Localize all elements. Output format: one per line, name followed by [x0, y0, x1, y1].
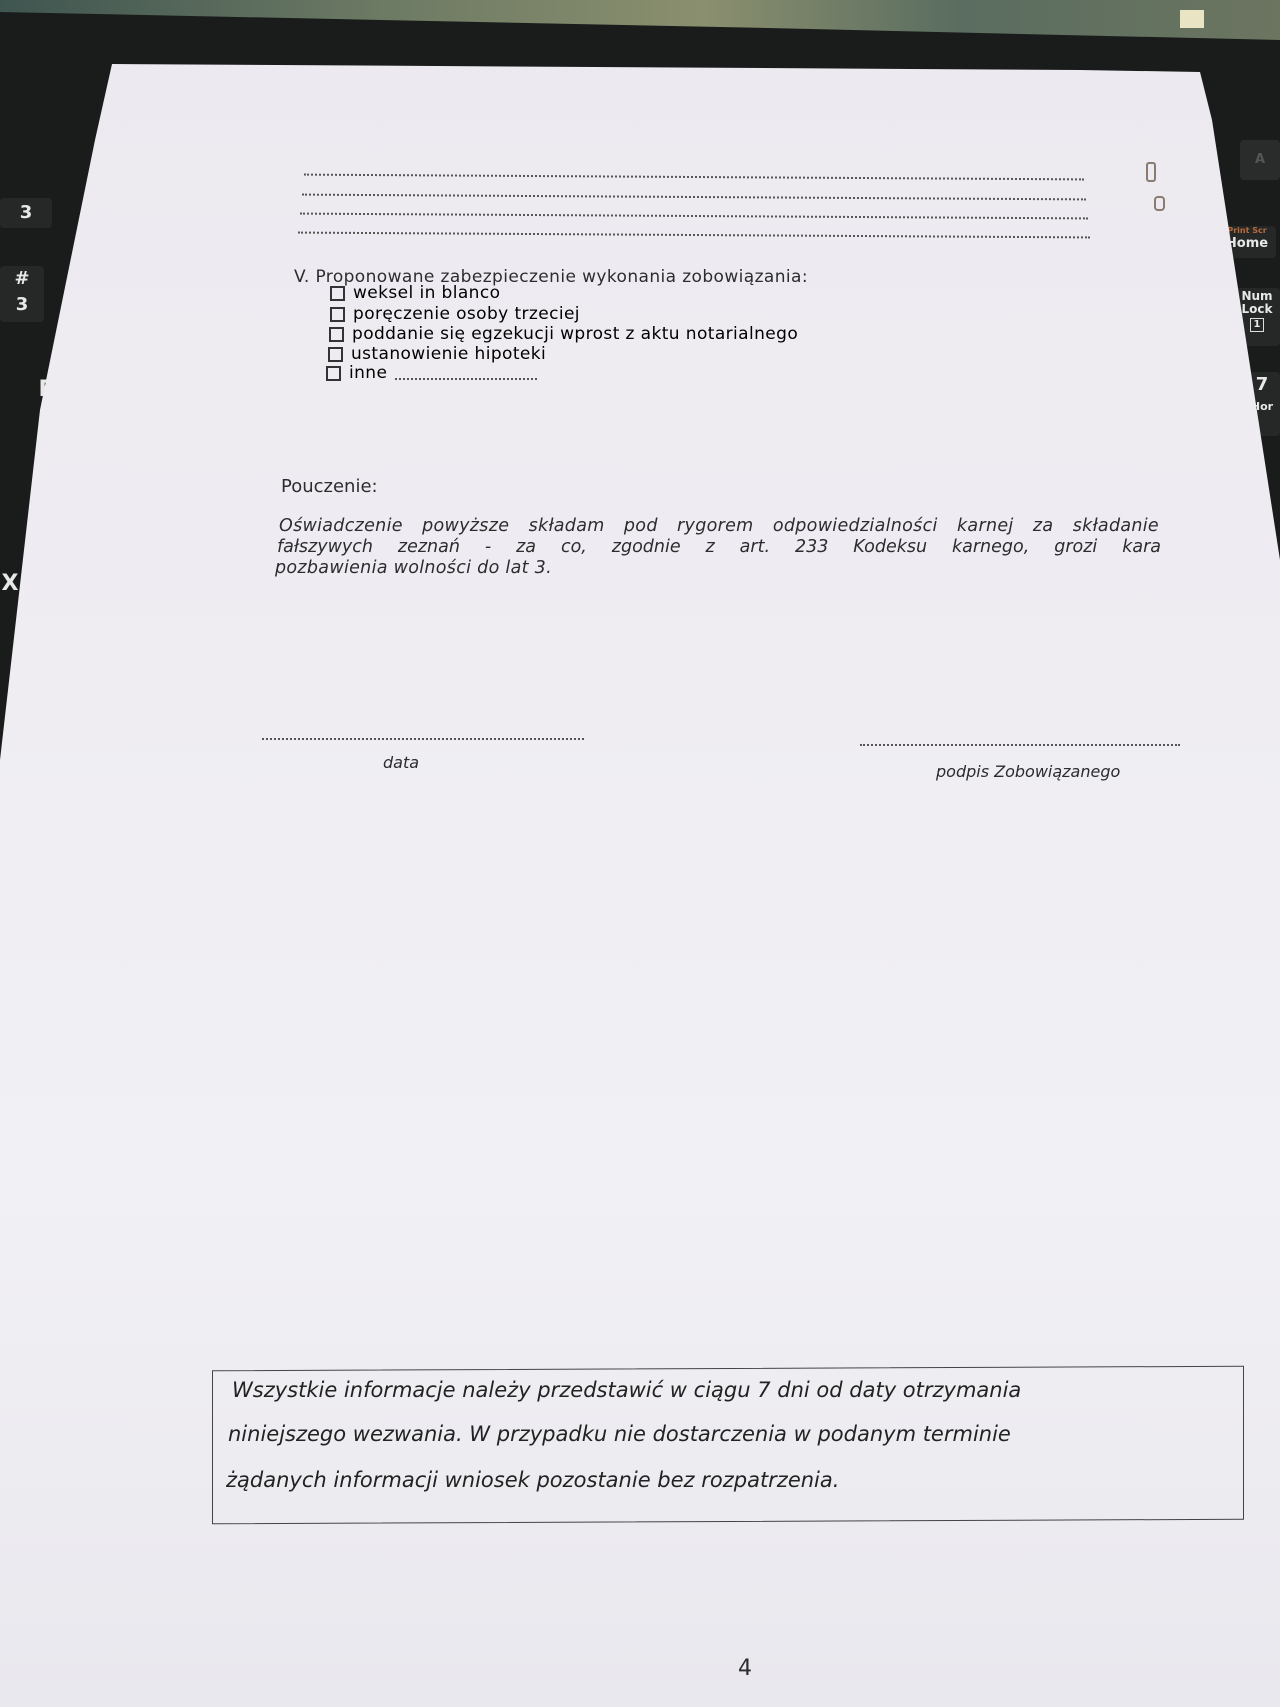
option-label: ustanowienie hipoteki: [351, 344, 546, 364]
key-label: A: [1255, 152, 1265, 167]
tray-icon: [1180, 10, 1204, 28]
notice-line: żądanych informacji wniosek pozostanie b…: [226, 1468, 839, 1492]
checkbox-icon[interactable]: [326, 366, 341, 381]
option-weksel[interactable]: weksel in blanco: [330, 283, 500, 303]
signature-fill-line[interactable]: [860, 744, 1180, 746]
instruction-line: fałszywych zeznań - za co, zgodnie z art…: [277, 537, 1161, 557]
notice-line: Wszystkie informacje należy przedstawić …: [232, 1378, 1021, 1402]
instruction-line: Oświadczenie powyższe składam pod rygore…: [279, 516, 1159, 536]
option-inne[interactable]: inne: [326, 363, 537, 383]
option-label: poręczenie osoby trzeciej: [353, 304, 580, 324]
option-label: inne: [349, 363, 387, 383]
checkbox-icon[interactable]: [329, 327, 344, 342]
background-photo-strip: [0, 0, 1280, 40]
option-poreczenie[interactable]: poręczenie osoby trzeciej: [330, 304, 580, 324]
staple-mark-icon: [1154, 196, 1165, 211]
signature-label: podpis Zobowiązanego: [936, 762, 1120, 781]
key-label: #: [0, 266, 44, 292]
checkbox-icon[interactable]: [330, 286, 345, 301]
keyboard-key-3: 3: [0, 198, 52, 228]
notice-line: niniejszego wezwania. W przypadku nie do…: [228, 1422, 1011, 1446]
option-egzekucja[interactable]: poddanie się egzekucji wprost z aktu not…: [329, 324, 798, 344]
key-label: 3: [0, 292, 44, 318]
keyboard-key-a: A: [1240, 140, 1280, 180]
keyboard-key-hash-3: #3: [0, 266, 44, 322]
num-lock-indicator-icon: 1: [1250, 318, 1264, 332]
instruction-heading: Pouczenie:: [281, 476, 378, 497]
date-label: data: [383, 753, 419, 772]
instruction-line: pozbawienia wolności do lat 3.: [275, 558, 552, 578]
option-hipoteka[interactable]: ustanowienie hipoteki: [328, 344, 546, 364]
option-label: weksel in blanco: [353, 283, 500, 303]
date-fill-line[interactable]: [262, 738, 584, 740]
inne-fill-line[interactable]: [395, 378, 537, 380]
staple-mark-icon: [1146, 162, 1156, 182]
key-label: X: [2, 571, 19, 596]
option-label: poddanie się egzekucji wprost z aktu not…: [352, 324, 798, 344]
checkbox-icon[interactable]: [328, 347, 343, 362]
page-number: 4: [738, 1656, 752, 1681]
keyboard-key-x: X: [0, 566, 20, 602]
checkbox-icon[interactable]: [330, 307, 345, 322]
key-label: 3: [20, 202, 33, 223]
